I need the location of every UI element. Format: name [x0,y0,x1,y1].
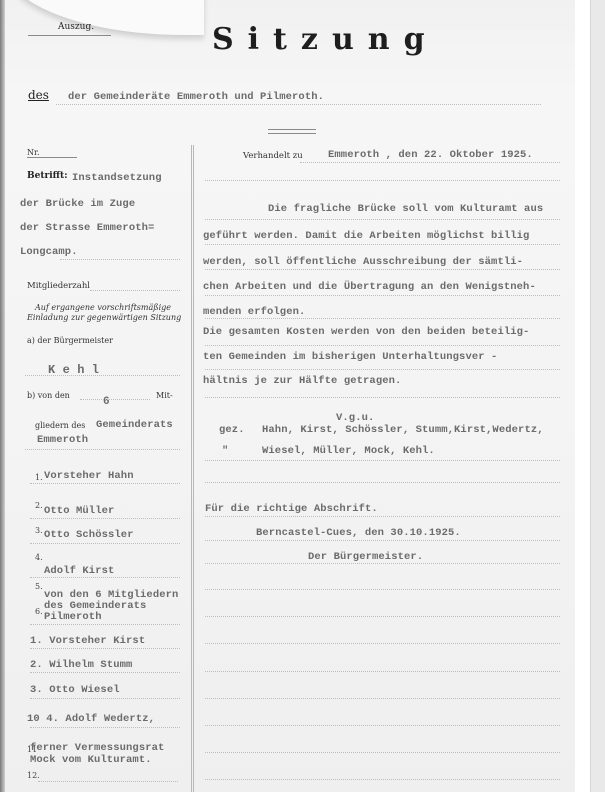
body-rule [205,369,560,370]
betrifft-label: Betrifft: [27,171,68,181]
betrifft-line-4: Longcamp. [20,246,78,258]
council-1-place: Emmeroth [37,434,88,446]
body-line-7: ten Gemeinden im bisherigen Unterhaltung… [203,351,497,363]
body-rule [205,269,560,270]
attendee-rule [30,577,180,578]
blank-rule [205,671,560,672]
certification-signer: Der Bürgermeister. [308,551,423,563]
signature-rule [205,460,560,461]
document-page: Auszug. Sitzung des der Gemeinderäte Emm… [0,0,591,792]
body-line-1: Die fragliche Brücke soll vom Kulturamt … [268,203,543,215]
mitgliederzahl-rule [90,290,180,291]
body-rule [205,397,560,398]
attendee-rule [30,672,180,673]
attendee-num: 1. [35,473,43,482]
blank-rule [205,752,560,753]
signatures-line-2: Wiesel, Müller, Mock, Kehl. [262,445,435,457]
body-rule [205,219,560,220]
attendee-rule [38,781,178,782]
blank-rule [205,779,560,780]
attendee-name: Mock vom Kulturamt. [30,754,152,766]
body-rule [205,345,560,346]
attendee-name: 1. Vorsteher Kirst [30,635,145,647]
verhandelt-label: Verhandelt zu [243,151,303,161]
attendee-rule [30,698,180,699]
attendee-num: 2. [35,501,43,510]
page-right-margin [575,0,590,792]
body-rule [205,244,560,245]
blank-rule [205,725,560,726]
certification-place-date: Berncastel-Cues, den 30.10.1925. [256,527,461,539]
certification-text: Für die richtige Abschrift. [205,503,378,515]
attendee-name: Otto Schössler [44,529,134,541]
body-line-8: hältnis je zur Hälfte getragen. [203,375,401,387]
cert-rule [205,516,560,517]
attendee-num: 3. [35,526,43,535]
place-date: Emmeroth , den 22. Oktober 1925. [328,149,533,161]
buergermeister-rule [25,375,180,376]
des-label: des [28,88,49,102]
gez-label: gez. [219,424,245,436]
attendee-name: 2. Wilhelm Stumm [30,659,132,671]
double-rule-bottom [268,133,316,134]
gliedern-label: gliedern des [35,421,85,430]
nr-label: Nr. [27,148,40,157]
invitation-text-1: Auf ergangene vorschriftsmäßige [35,303,171,312]
column-divider [191,145,192,792]
attendee-name: 10 4. Adolf Wedertz, [27,713,155,725]
blank-rule [205,616,560,617]
page-title: Sitzung [212,22,439,57]
ditto-mark: " [222,445,228,457]
attendee-rule [30,727,180,728]
body-line-3: werden, soll öffentliche Ausschreibung d… [203,256,523,268]
invitation-text-2: Einladung zur gegenwärtigen Sitzung [27,313,181,322]
attendee-rule [30,483,180,484]
attendee-num: 6. [35,607,43,616]
member-count-rule [80,399,150,400]
page-edge-shadow [0,0,5,792]
attendee-rule [30,648,180,649]
von-den-label: b) von den [27,391,70,400]
council-1: Gemeinderats [96,419,173,431]
blank-rule [205,482,560,483]
attendee-name: ferner Vermessungsrat [30,742,164,754]
betrifft-line-1: Instandsetzung [72,172,162,184]
blank-rule [205,589,560,590]
attendee-name: Vorsteher Hahn [44,470,134,482]
betrifft-line-2: der Brücke im Zuge [20,198,135,210]
betrifft-line-3: der Strasse Emmeroth= [20,222,154,234]
attendee-num: 12. [27,771,40,780]
body-line-5: menden erfolgen. [203,306,305,318]
body-line-6: Die gesamten Kosten werden von den beide… [203,326,529,338]
council-rule [25,449,180,450]
body-rule [205,295,560,296]
attendee-name: Pilmeroth [44,611,102,623]
attendee-rule [30,518,180,519]
attendee-num: 5. [35,582,43,591]
vgu: V.g.u. [336,412,374,424]
mitgliederzahl-label: Mitgliederzahl [27,281,90,291]
attendee-name: 3. Otto Wiesel [30,684,120,696]
signatures-line-1: Hahn, Kirst, Schössler, Stumm,Kirst,Wede… [262,424,544,436]
blank-rule [205,698,560,699]
double-rule-top [268,129,316,130]
column-divider-2 [193,145,194,792]
auszug-underline [28,35,111,36]
body-rule [205,318,560,319]
place-date-rule [300,162,560,163]
auszug-label: Auszug. [58,22,94,32]
body-line-2: geführt werden. Damit die Arbeiten mögli… [203,230,529,242]
buergermeister-label: a) der Bürgermeister [27,336,113,345]
nr-underline [27,157,77,158]
blank-rule [205,643,560,644]
cert-rule [205,563,560,564]
attendee-num: 4. [35,553,43,562]
member-count: 6 [103,396,110,408]
session-subtitle: der Gemeinderäte Emmeroth und Pilmeroth. [68,91,324,103]
page-curl [4,0,204,35]
attendee-name: Adolf Kirst [44,565,114,577]
subtitle-rule [56,104,541,105]
blank-rule [205,180,560,181]
attendee-name: Otto Müller [44,505,114,517]
body-line-4: chen Arbeiten und die Übertragung an den… [203,281,536,293]
betrifft-rule [60,259,180,260]
attendee-rule [30,543,180,544]
attendee-rule [30,624,180,625]
mit-label: Mit- [156,391,173,400]
cert-rule [205,540,560,541]
